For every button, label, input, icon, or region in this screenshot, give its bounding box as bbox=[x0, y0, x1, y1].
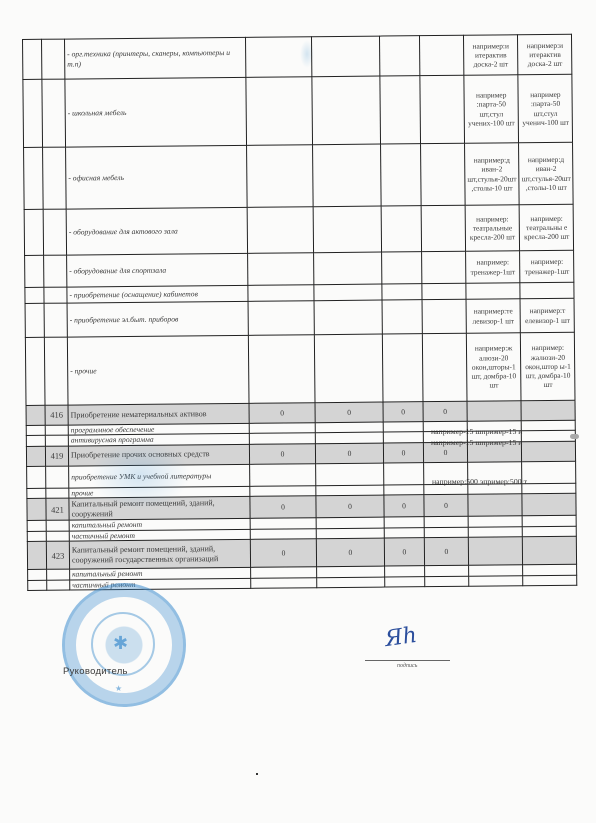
example-cell-1 bbox=[469, 576, 523, 587]
value-cell-4 bbox=[424, 517, 468, 528]
row-code-cell bbox=[47, 580, 70, 591]
value-cell-1 bbox=[246, 77, 313, 146]
value-cell-2 bbox=[314, 252, 382, 285]
row-marker-cell bbox=[26, 405, 45, 425]
row-code-cell bbox=[43, 147, 67, 209]
row-marker-cell bbox=[25, 337, 45, 405]
example-cell-2: например :парта-50 шт,стул ученич-100 шт bbox=[518, 74, 573, 143]
row-code-cell bbox=[47, 569, 70, 580]
example-cell-2: например: жалюзи-20 окон,штор ы-1 шт, до… bbox=[521, 332, 576, 401]
value-cell-2 bbox=[311, 36, 379, 77]
value-cell-4 bbox=[420, 75, 465, 143]
row-marker-cell bbox=[28, 580, 47, 591]
row-code-cell bbox=[46, 488, 69, 499]
value-cell-4 bbox=[422, 283, 466, 299]
example-cell-1 bbox=[469, 565, 523, 576]
row-marker-cell bbox=[25, 287, 44, 303]
row-marker-cell bbox=[25, 255, 44, 287]
value-cell-2 bbox=[317, 577, 385, 588]
example-cell-1: например:и итерактив доска-2 шт bbox=[463, 35, 518, 76]
row-code-cell bbox=[42, 39, 65, 79]
leader-label: Руководитель bbox=[63, 666, 128, 677]
value-cell-2 bbox=[315, 422, 383, 433]
value-cell-2 bbox=[316, 463, 384, 486]
value-cell-3 bbox=[382, 334, 423, 402]
value-cell-3 bbox=[384, 517, 424, 528]
value-cell-3: 0 bbox=[383, 402, 423, 422]
document-page: - орг.техника (принтеры, сканеры, компью… bbox=[0, 0, 596, 823]
example-cell-2: например: театральны е кресла-200 шт bbox=[519, 204, 574, 251]
row-marker-cell bbox=[27, 542, 46, 570]
row-code-cell bbox=[44, 287, 67, 303]
value-cell-4: 0 bbox=[424, 538, 468, 566]
example-cell-2 bbox=[522, 526, 576, 537]
overflow-note-software: например-15 шпример-15 и bbox=[431, 427, 522, 436]
value-cell-3 bbox=[382, 284, 422, 300]
row-marker-cell bbox=[27, 521, 46, 532]
example-cell-1 bbox=[468, 537, 522, 566]
value-cell-1 bbox=[248, 301, 314, 336]
overflow-note-umk: например:500 эпример:500 т bbox=[432, 477, 527, 486]
margin-mark bbox=[570, 434, 579, 439]
value-cell-4 bbox=[419, 35, 463, 75]
row-marker-cell bbox=[24, 147, 44, 209]
official-seal-stamp: ✱ ★ bbox=[62, 583, 186, 707]
signature: Яh bbox=[383, 623, 418, 652]
row-name-cell: - орг.техника (принтеры, сканеры, компью… bbox=[65, 37, 246, 79]
value-cell-2 bbox=[314, 300, 382, 335]
row-code-cell bbox=[46, 466, 69, 488]
example-cell-2 bbox=[523, 565, 577, 576]
row-code-cell bbox=[44, 255, 67, 287]
value-cell-4: 0 bbox=[424, 495, 468, 517]
value-cell-2 bbox=[316, 517, 384, 528]
value-cell-3 bbox=[383, 422, 423, 433]
value-cell-1 bbox=[251, 578, 317, 589]
overflow-note-antivirus: например-15 шпример-15 и bbox=[431, 438, 522, 447]
row-code-cell: 419 bbox=[45, 446, 68, 466]
value-cell-2 bbox=[316, 528, 384, 539]
value-cell-1: 0 bbox=[250, 539, 316, 568]
row-code-cell: 423 bbox=[46, 541, 69, 569]
value-cell-2 bbox=[312, 76, 381, 145]
row-marker-cell bbox=[27, 499, 46, 521]
value-cell-4 bbox=[425, 566, 469, 577]
example-cell-1: например:те левизор-1 шт bbox=[466, 299, 521, 334]
value-cell-3: 0 bbox=[383, 443, 423, 463]
value-cell-1 bbox=[248, 285, 314, 302]
signature-caption: подпись bbox=[397, 663, 417, 669]
value-cell-4 bbox=[422, 299, 466, 333]
value-cell-1: 0 bbox=[249, 444, 315, 465]
signature-line bbox=[365, 660, 450, 661]
value-cell-1: 0 bbox=[249, 403, 315, 424]
value-cell-2: 0 bbox=[316, 496, 384, 519]
value-cell-3 bbox=[379, 36, 419, 76]
row-code-cell bbox=[45, 425, 68, 436]
value-cell-4: 0 bbox=[423, 401, 467, 421]
row-name-cell: Приобретение нематериальных активов bbox=[68, 403, 249, 425]
value-cell-2 bbox=[313, 144, 382, 207]
value-cell-3 bbox=[380, 76, 421, 144]
example-cell-1: например :парта-50 шт,стул учених-100 шт bbox=[464, 75, 519, 144]
example-cell-2 bbox=[522, 431, 576, 442]
row-code-cell: 421 bbox=[46, 499, 69, 521]
value-cell-2 bbox=[314, 334, 383, 403]
row-name-cell: - прочие bbox=[67, 335, 249, 405]
value-cell-1 bbox=[250, 486, 316, 497]
stamp-ink-wash bbox=[90, 440, 190, 510]
row-marker-cell bbox=[27, 488, 46, 499]
table-row: - офисная мебельнапример:д иван-2 шт,сту… bbox=[24, 142, 574, 209]
value-cell-4 bbox=[422, 333, 467, 401]
example-cell-2 bbox=[521, 400, 575, 421]
value-cell-3 bbox=[385, 577, 425, 588]
example-cell-1: например:д иван-2 шт,стулья-20шт ,столы-… bbox=[465, 143, 520, 206]
value-cell-2 bbox=[314, 284, 382, 301]
table-row: - оборудование для спортзаланапример: тр… bbox=[25, 250, 575, 287]
table-row: - приобретение эл.быт. приборовнапример:… bbox=[25, 298, 575, 337]
value-cell-2: 0 bbox=[315, 443, 383, 464]
value-cell-3 bbox=[381, 144, 422, 206]
value-cell-1 bbox=[249, 423, 315, 434]
row-name-cell: - школьная мебель bbox=[65, 77, 247, 147]
example-cell-2 bbox=[523, 537, 577, 566]
example-cell-2 bbox=[522, 516, 576, 527]
value-cell-2: 0 bbox=[316, 538, 384, 567]
value-cell-1 bbox=[251, 567, 317, 578]
row-marker-cell bbox=[27, 466, 46, 488]
example-cell-2 bbox=[522, 483, 576, 494]
value-cell-2 bbox=[317, 566, 385, 577]
value-cell-1 bbox=[248, 253, 314, 286]
star-icon: ★ bbox=[115, 684, 122, 693]
example-cell-2: например: тренажер-1шт bbox=[520, 250, 575, 283]
value-cell-2 bbox=[315, 433, 383, 444]
example-cell-2 bbox=[522, 461, 576, 484]
value-cell-1: 0 bbox=[250, 496, 316, 519]
example-cell-1: например: театральные кресла-200 шт bbox=[465, 205, 520, 252]
row-code-cell bbox=[46, 531, 69, 542]
value-cell-1 bbox=[250, 529, 316, 540]
value-cell-3 bbox=[385, 566, 425, 577]
row-marker-cell bbox=[27, 531, 46, 542]
row-name-cell: Капитальный ремонт помещений, зданий, со… bbox=[69, 540, 250, 570]
emblem-icon: ✱ bbox=[113, 633, 128, 654]
value-cell-3 bbox=[382, 300, 422, 334]
value-cell-2 bbox=[313, 206, 381, 253]
table-row: - прочиенапример:ж алюзи-20 окон,шторы-1… bbox=[25, 332, 575, 405]
value-cell-1 bbox=[247, 207, 313, 254]
row-code-cell bbox=[44, 303, 67, 337]
value-cell-3 bbox=[381, 206, 421, 252]
row-name-cell: - оборудование для спортзала bbox=[67, 253, 248, 287]
example-cell-2 bbox=[523, 575, 577, 586]
value-cell-1 bbox=[250, 518, 316, 529]
row-code-cell bbox=[43, 209, 66, 255]
example-cell-1: например:ж алюзи-20 окон,шторы-1 шт, дом… bbox=[466, 333, 521, 402]
row-name-cell: - оборудование для актового зала bbox=[66, 207, 247, 255]
example-cell-1 bbox=[466, 283, 520, 300]
value-cell-3 bbox=[382, 252, 422, 284]
example-cell-1 bbox=[468, 494, 522, 517]
row-marker-cell bbox=[25, 303, 44, 337]
row-code-cell bbox=[46, 521, 69, 532]
value-cell-2 bbox=[316, 485, 384, 496]
example-cell-1 bbox=[468, 516, 522, 527]
row-name-cell: - приобретение эл.быт. приборов bbox=[67, 301, 248, 337]
value-cell-3: 0 bbox=[384, 538, 424, 566]
row-name-cell: - офисная мебель bbox=[66, 145, 248, 209]
value-cell-3 bbox=[384, 528, 424, 539]
value-cell-4 bbox=[424, 527, 468, 538]
table-row: - оборудование для актового заланапример… bbox=[24, 204, 574, 255]
row-code-cell bbox=[44, 337, 68, 405]
value-cell-1 bbox=[245, 37, 311, 78]
value-cell-4 bbox=[425, 576, 469, 587]
value-cell-3 bbox=[384, 463, 424, 485]
value-cell-1 bbox=[250, 464, 316, 487]
example-cell-1: например: тренажер-1шт bbox=[466, 251, 521, 284]
value-cell-4 bbox=[421, 205, 465, 251]
row-code-cell: 416 bbox=[45, 405, 68, 425]
value-cell-2: 0 bbox=[315, 402, 383, 423]
example-cell-1 bbox=[467, 401, 521, 422]
table-row: - орг.техника (принтеры, сканеры, компью… bbox=[23, 34, 573, 79]
value-cell-1 bbox=[249, 433, 315, 444]
example-cell-2 bbox=[521, 420, 575, 431]
example-cell-2: например:д иван-2 шт,стулья-20шт ,столы-… bbox=[519, 142, 574, 205]
row-code-cell bbox=[42, 79, 66, 147]
value-cell-4 bbox=[421, 143, 466, 205]
stray-dot bbox=[256, 773, 258, 775]
table-row: - школьная мебельнапример :парта-50 шт,с… bbox=[23, 74, 573, 147]
value-cell-1 bbox=[248, 335, 315, 404]
value-cell-3: 0 bbox=[384, 495, 424, 517]
example-cell-2: например:и итерактив доска-2 шт bbox=[518, 34, 573, 75]
value-cell-4 bbox=[422, 251, 466, 283]
value-cell-3 bbox=[384, 485, 424, 496]
row-marker-cell bbox=[26, 446, 45, 466]
example-cell-1 bbox=[468, 527, 522, 538]
row-marker-cell bbox=[26, 436, 45, 447]
row-name-cell: - приобретение (оснащение) кабинетов bbox=[67, 285, 248, 303]
row-marker-cell bbox=[26, 425, 45, 436]
row-marker-cell bbox=[23, 39, 42, 79]
value-cell-3 bbox=[383, 432, 423, 443]
example-cell-2: например:т елевизор-1 шт bbox=[520, 298, 575, 333]
row-marker-cell bbox=[28, 570, 47, 581]
row-marker-cell bbox=[24, 209, 43, 255]
row-marker-cell bbox=[23, 79, 43, 147]
example-cell-2 bbox=[522, 441, 576, 462]
row-code-cell bbox=[45, 436, 68, 447]
example-cell-2 bbox=[522, 494, 576, 517]
example-cell-2 bbox=[520, 282, 574, 299]
value-cell-1 bbox=[247, 145, 314, 208]
